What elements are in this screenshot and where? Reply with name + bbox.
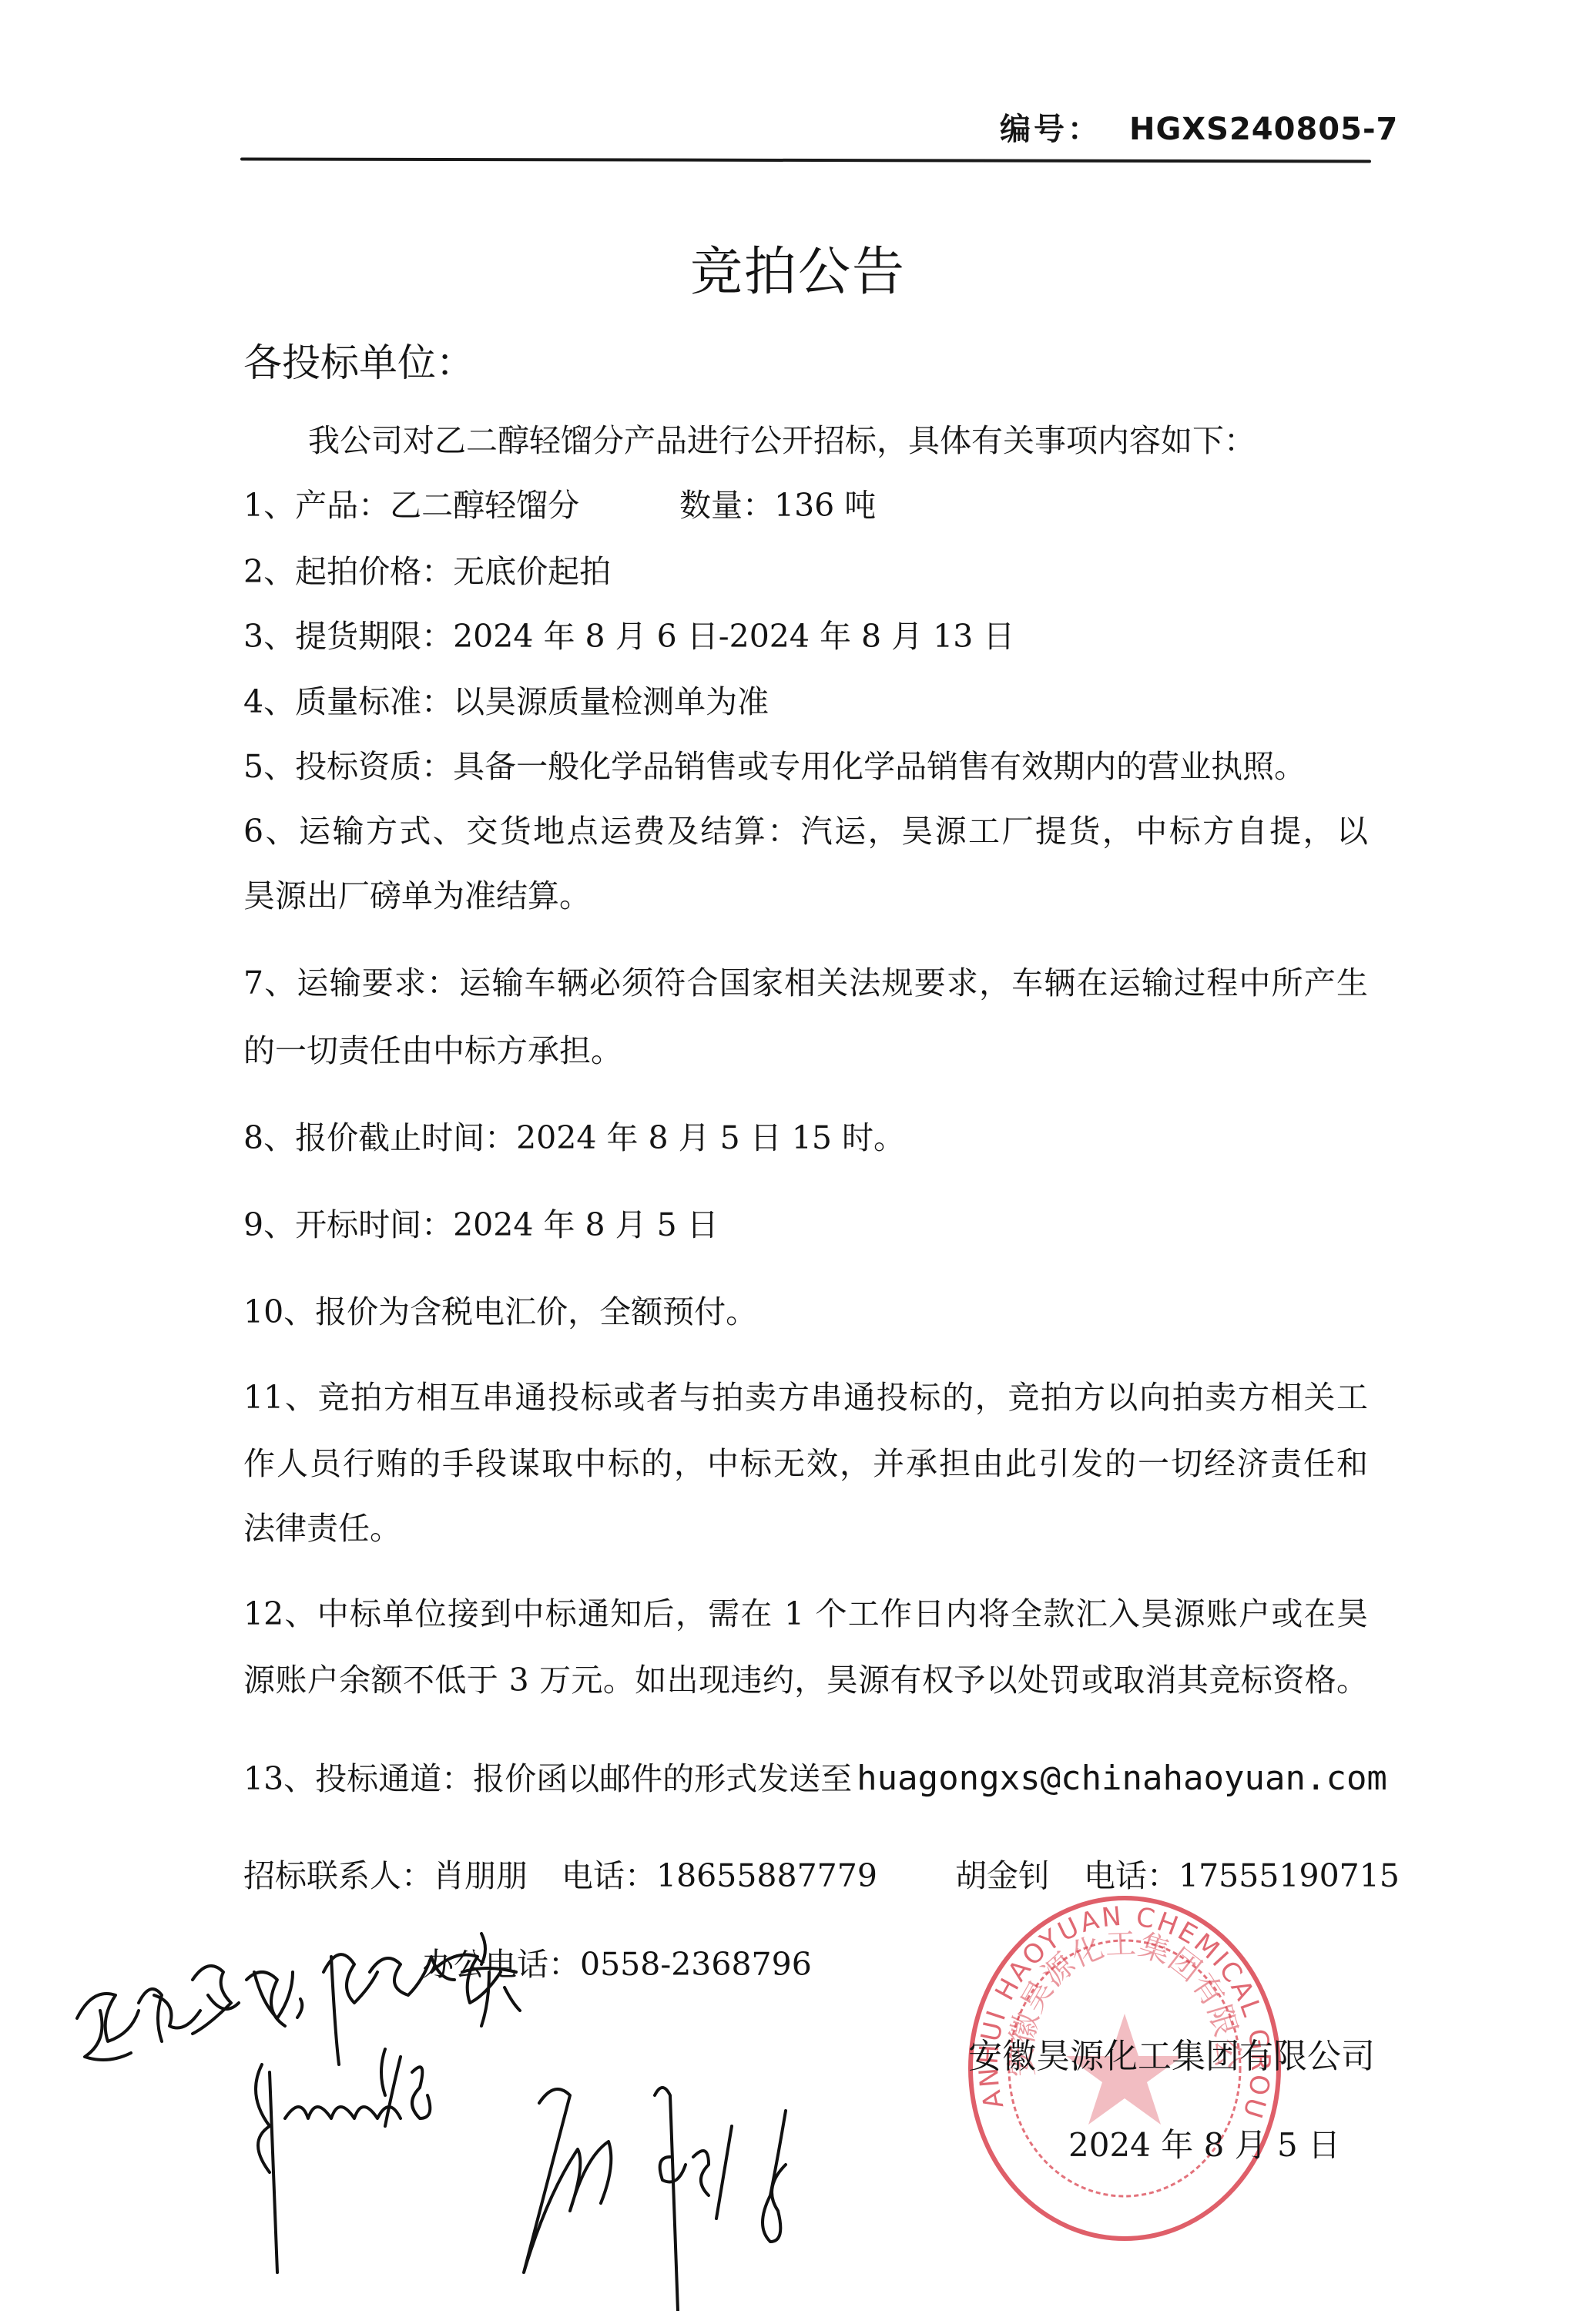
- contact-1-phone-label: 电话：: [562, 1857, 656, 1894]
- item-10-payment-terms: 10、报价为含税电汇价，全额预付。: [243, 1292, 757, 1332]
- item-6-transport-settlement-cont: 昊源出厂磅单为准结算。: [243, 876, 591, 916]
- item-1-quantity: 数量：136 吨: [679, 485, 876, 525]
- contact-person-1: 招标联系人：肖朋朋电话：18655887779: [243, 1856, 877, 1896]
- item-2-starting-price: 2、起拍价格：无底价起拍: [243, 552, 611, 592]
- document-number-value: HGXS240805-7: [1129, 112, 1398, 147]
- item-4-quality-standard: 4、质量标准：以昊源质量检测单为准: [243, 682, 769, 722]
- contact-label: 招标联系人：: [243, 1857, 433, 1894]
- item-13-bid-channel-text: 13、投标通道：报价函以邮件的形式发送至: [243, 1760, 852, 1797]
- contact-1-phone: 18655887779: [656, 1857, 877, 1894]
- contact-1-name: 肖朋朋: [433, 1857, 528, 1894]
- item-7-transport-requirements: 7、运输要求：运输车辆必须符合国家相关法规要求，车辆在运输过程中所产生: [243, 963, 1368, 1003]
- header-rule: [240, 157, 1371, 163]
- issuing-company: 安徽昊源化工集团有限公司: [968, 2036, 1375, 2078]
- item-7-transport-requirements-cont: 的一切责任由中标方承担。: [243, 1031, 622, 1071]
- item-6-transport-settlement: 6、运输方式、交货地点运费及结算：汽运，昊源工厂提货，中标方自提，以: [243, 811, 1368, 851]
- item-11-collusion-clause-cont: 作人员行贿的手段谋取中标的，中标无效，并承担由此引发的一切经济责任和: [243, 1444, 1368, 1484]
- item-11-collusion-clause-end: 法律责任。: [243, 1508, 401, 1548]
- document-number: 编号：HGXS240805-7: [1000, 108, 1398, 151]
- contact-2-name: 胡金钊: [955, 1857, 1050, 1894]
- intro-paragraph: 我公司对乙二醇轻馏分产品进行公开招标，具体有关事项内容如下：: [308, 421, 1256, 461]
- item-12-winner-payment: 12、中标单位接到中标通知后，需在 1 个工作日内将全款汇入昊源账户或在昊: [243, 1594, 1368, 1634]
- item-13-bid-channel: 13、投标通道：报价函以邮件的形式发送至huagongxs@chinahaoyu…: [243, 1759, 1387, 1799]
- item-8-quote-deadline: 8、报价截止时间：2024 年 8 月 5 日 15 时。: [243, 1118, 905, 1158]
- page-title: 竞拍公告: [0, 240, 1596, 305]
- item-1-product: 1、产品：乙二醇轻馏分: [243, 485, 579, 525]
- issue-date: 2024 年 8 月 5 日: [1068, 2125, 1340, 2166]
- item-12-winner-payment-cont: 源账户余额不低于 3 万元。如出现违约，昊源有权予以处罚或取消其竞标资格。: [243, 1660, 1368, 1700]
- handwritten-annotations: [62, 1926, 909, 2311]
- contact-2-phone-label: 电话：: [1084, 1857, 1179, 1894]
- item-11-collusion-clause: 11、竞拍方相互串通投标或者与拍卖方串通投标的，竞拍方以向拍卖方相关工: [243, 1377, 1368, 1417]
- item-5-bidder-qualification: 5、投标资质：具备一般化学品销售或专用化学品销售有效期内的营业执照。: [243, 746, 1306, 787]
- item-9-bid-opening: 9、开标时间：2024 年 8 月 5 日: [243, 1205, 719, 1245]
- bid-email-link[interactable]: huagongxs@chinahaoyuan.com: [857, 1759, 1387, 1798]
- contact-2-phone: 17555190715: [1179, 1857, 1400, 1894]
- item-3-pickup-period: 3、提货期限：2024 年 8 月 6 日-2024 年 8 月 13 日: [243, 616, 1014, 656]
- document-number-label: 编号：: [1000, 112, 1101, 147]
- salutation: 各投标单位：: [243, 339, 474, 387]
